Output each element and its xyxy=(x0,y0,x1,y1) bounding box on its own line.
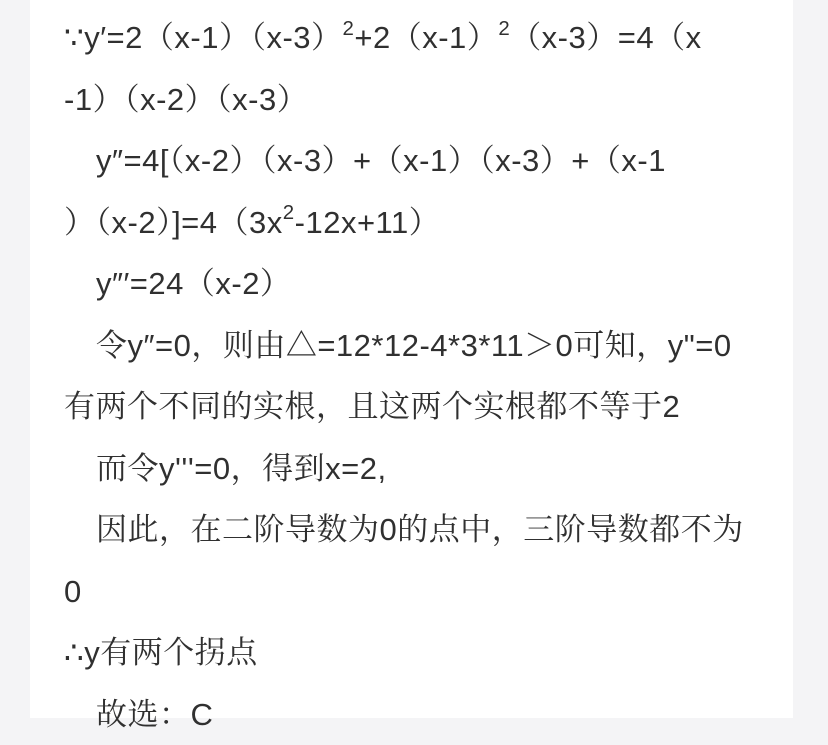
superscript-exponent: 2 xyxy=(498,17,510,40)
text-segment: 0 xyxy=(64,574,82,609)
text-segment: +2（x-1） xyxy=(354,20,498,55)
text-line: y″′=24（x-2） xyxy=(64,253,793,315)
text-segment: （x-3）=4（x xyxy=(510,20,701,55)
text-line: ∵y′=2（x-1）（x-3）2+2（x-1）2（x-3）=4（x xyxy=(64,7,793,69)
text-segment: 因此，在二阶导数为0的点中，三阶导数都不为 xyxy=(96,512,744,547)
text-segment: y″=4[（x-2）（x-3）+（x-1）（x-3）+（x-1 xyxy=(96,143,666,178)
superscript-exponent: 2 xyxy=(343,17,355,40)
text-line: -1）（x-2）（x-3） xyxy=(64,69,793,131)
superscript-exponent: 2 xyxy=(283,201,295,224)
text-line: 有两个不同的实根，且这两个实根都不等于2 xyxy=(64,376,793,438)
text-segment: ∵y′=2（x-1）（x-3） xyxy=(64,20,343,55)
text-line: 而令y'''=0，得到x=2, xyxy=(64,438,793,500)
text-line: ）（x-2）]=4（3x2-12x+11） xyxy=(64,192,793,254)
text-line: 故选：C xyxy=(64,684,793,719)
text-line: ∴y有两个拐点 xyxy=(64,622,793,684)
text-segment: -12x+11） xyxy=(295,205,441,240)
solution-document: ∵y′=2（x-1）（x-3）2+2（x-1）2（x-3）=4（x-1）（x-2… xyxy=(30,0,793,718)
text-segment: 有两个不同的实根，且这两个实根都不等于2 xyxy=(64,389,680,424)
text-segment: y″′=24（x-2） xyxy=(96,266,291,301)
text-segment: 令y″=0，则由△=12*12-4*3*11＞0可知，y"=0 xyxy=(96,328,732,363)
text-line: 因此，在二阶导数为0的点中，三阶导数都不为 xyxy=(64,499,793,561)
text-line: 令y″=0，则由△=12*12-4*3*11＞0可知，y"=0 xyxy=(64,315,793,377)
text-line: 0 xyxy=(64,561,793,623)
text-segment: -1）（x-2）（x-3） xyxy=(64,82,308,117)
text-segment: 故选：C xyxy=(96,697,213,719)
text-segment: ）（x-2）]=4（3x xyxy=(64,205,283,240)
text-segment: ∴y有两个拐点 xyxy=(64,635,258,670)
solution-text-body: ∵y′=2（x-1）（x-3）2+2（x-1）2（x-3）=4（x-1）（x-2… xyxy=(64,7,793,718)
text-segment: 而令y'''=0，得到x=2, xyxy=(96,451,387,486)
text-line: y″=4[（x-2）（x-3）+（x-1）（x-3）+（x-1 xyxy=(64,130,793,192)
